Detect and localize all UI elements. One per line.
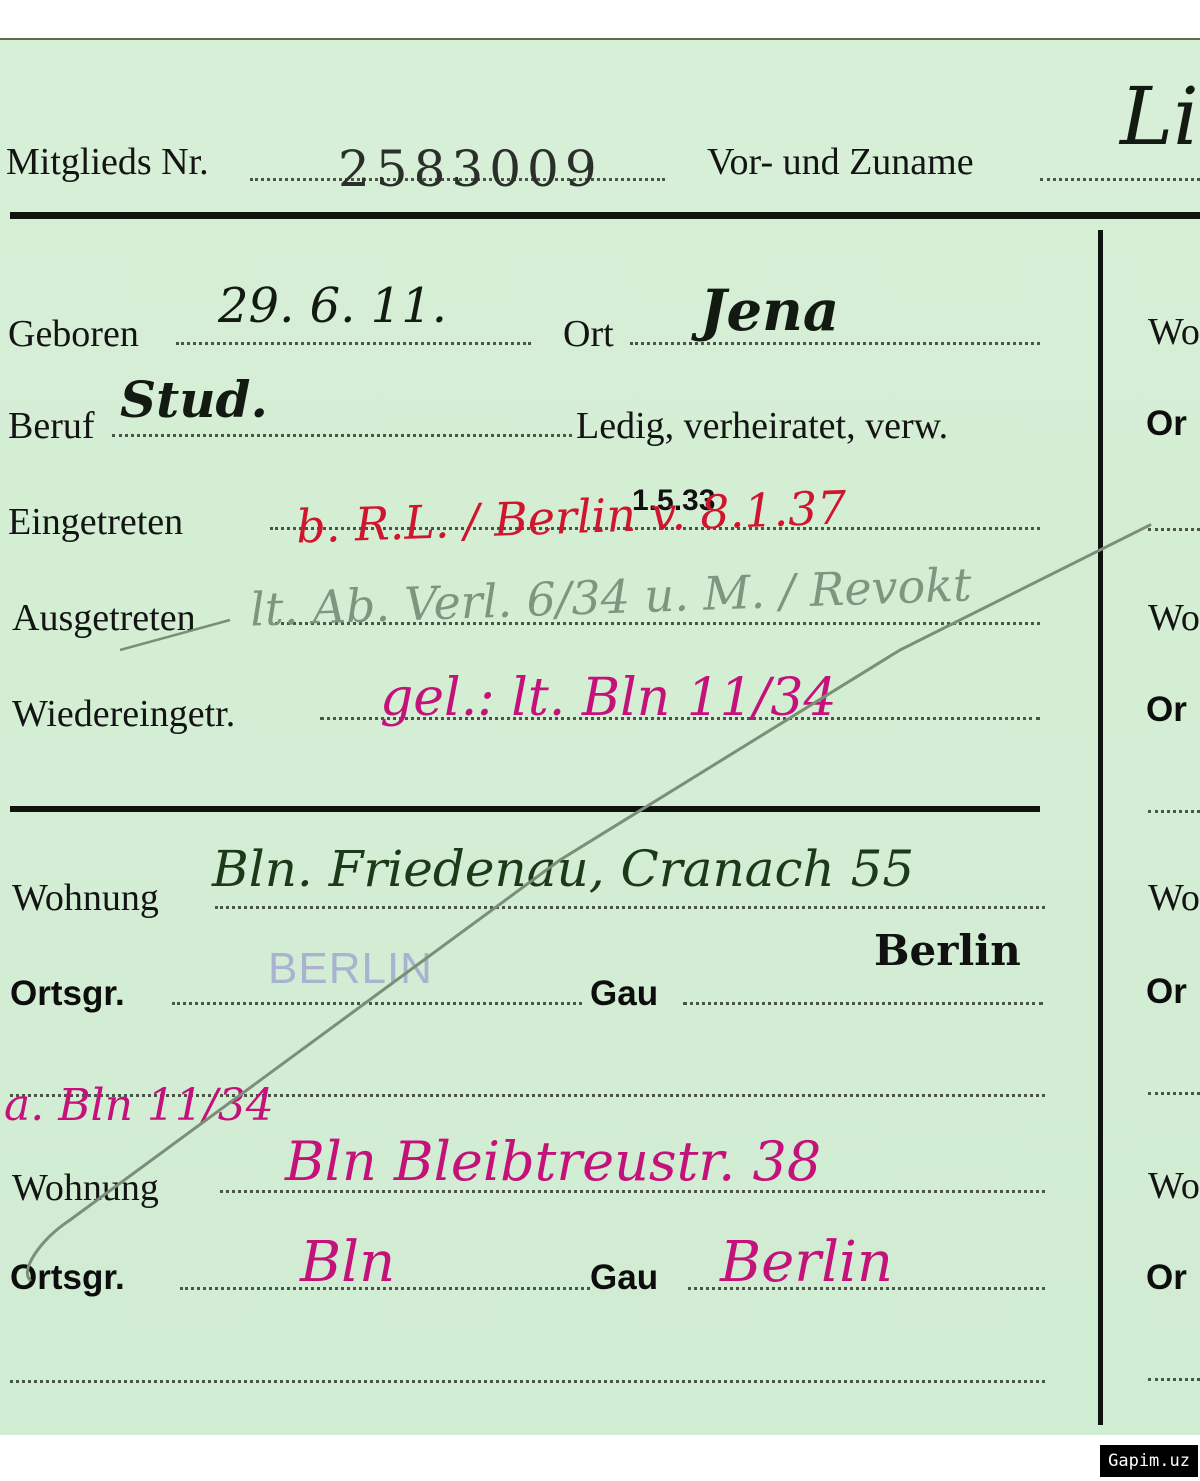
right-col-label: Wo [1148,596,1200,640]
right-col-label: Wo [1148,1164,1200,1208]
residence-1-address-value: Bln. Friedenau, Cranach 55 [212,840,914,898]
marital-status-label: Ledig, verheiratet, verw. [576,404,948,448]
right-col-dotline [1148,810,1200,813]
joined-annotation: b. R.L. / Berlin v. 8.1.37 [295,480,847,553]
rejoined-value: gel.: lt. Bln 11/34 [380,668,837,728]
residence-2-address-value: Bln Bleibtreustr. 38 [285,1130,821,1193]
residence-2-gau-label: Gau [590,1258,658,1298]
berlin-stamp: BERLIN [268,944,433,994]
right-col-dotline [1148,1092,1200,1095]
born-dotline [176,342,531,345]
right-col-label: Or [1146,972,1187,1012]
residence-2-address-label: Wohnung [12,1166,159,1210]
membership-card: Mitglieds Nr. 2583009 Vor- und Zuname Li… [0,38,1200,1435]
residence-1-address-dotline [215,906,1045,909]
occupation-label: Beruf [8,404,95,448]
bottom-dotline [10,1380,1045,1383]
place-label: Ort [563,312,614,356]
residence-1-group-label: Ortsgr. [10,974,125,1014]
header-rule [10,212,1200,219]
right-col-dotline [1148,1378,1200,1381]
residence-1-gau-label: Gau [590,974,658,1014]
born-value: 29. 6. 11. [218,278,447,334]
section-rule [10,806,1040,812]
residence-1-address-label: Wohnung [12,876,159,920]
name-label: Vor- und Zuname [707,140,974,184]
member-number-value: 2583009 [338,140,603,198]
member-number-label: Mitglieds Nr. [6,140,209,184]
residence-2-gau-value: Berlin [720,1230,893,1295]
occupation-dotline [112,434,572,437]
residence-1-gau-dotline [683,1002,1043,1005]
residence-1-group-dotline [172,1002,582,1005]
joined-label: Eingetreten [8,500,183,544]
name-value: Li [1120,70,1199,163]
rejoined-label: Wiedereingetr. [12,692,235,736]
residence-2-group-value: Bln [300,1230,395,1295]
left-label: Ausgetreten [12,596,196,640]
right-col-label: Wo [1148,310,1200,354]
name-dotline [1040,178,1200,181]
right-col-label: Or [1146,404,1187,444]
born-label: Geboren [8,312,139,356]
right-col-label: Wo [1148,876,1200,920]
right-col-label: Or [1146,690,1187,730]
pencil-cancellation-stroke [0,40,1200,1435]
residence-1-gau-value: Berlin [874,926,1021,975]
place-value: Jena [700,278,839,344]
residence-2-group-label: Ortsgr. [10,1258,125,1298]
watermark-badge: Gapim.uz [1100,1445,1198,1477]
occupation-value: Stud. [120,370,268,429]
right-col-dotline [1148,528,1200,531]
right-col-label: Or [1146,1258,1187,1298]
column-divider [1098,230,1103,1425]
residence-2-margin-note: a. Bln 11/34 [4,1080,274,1131]
